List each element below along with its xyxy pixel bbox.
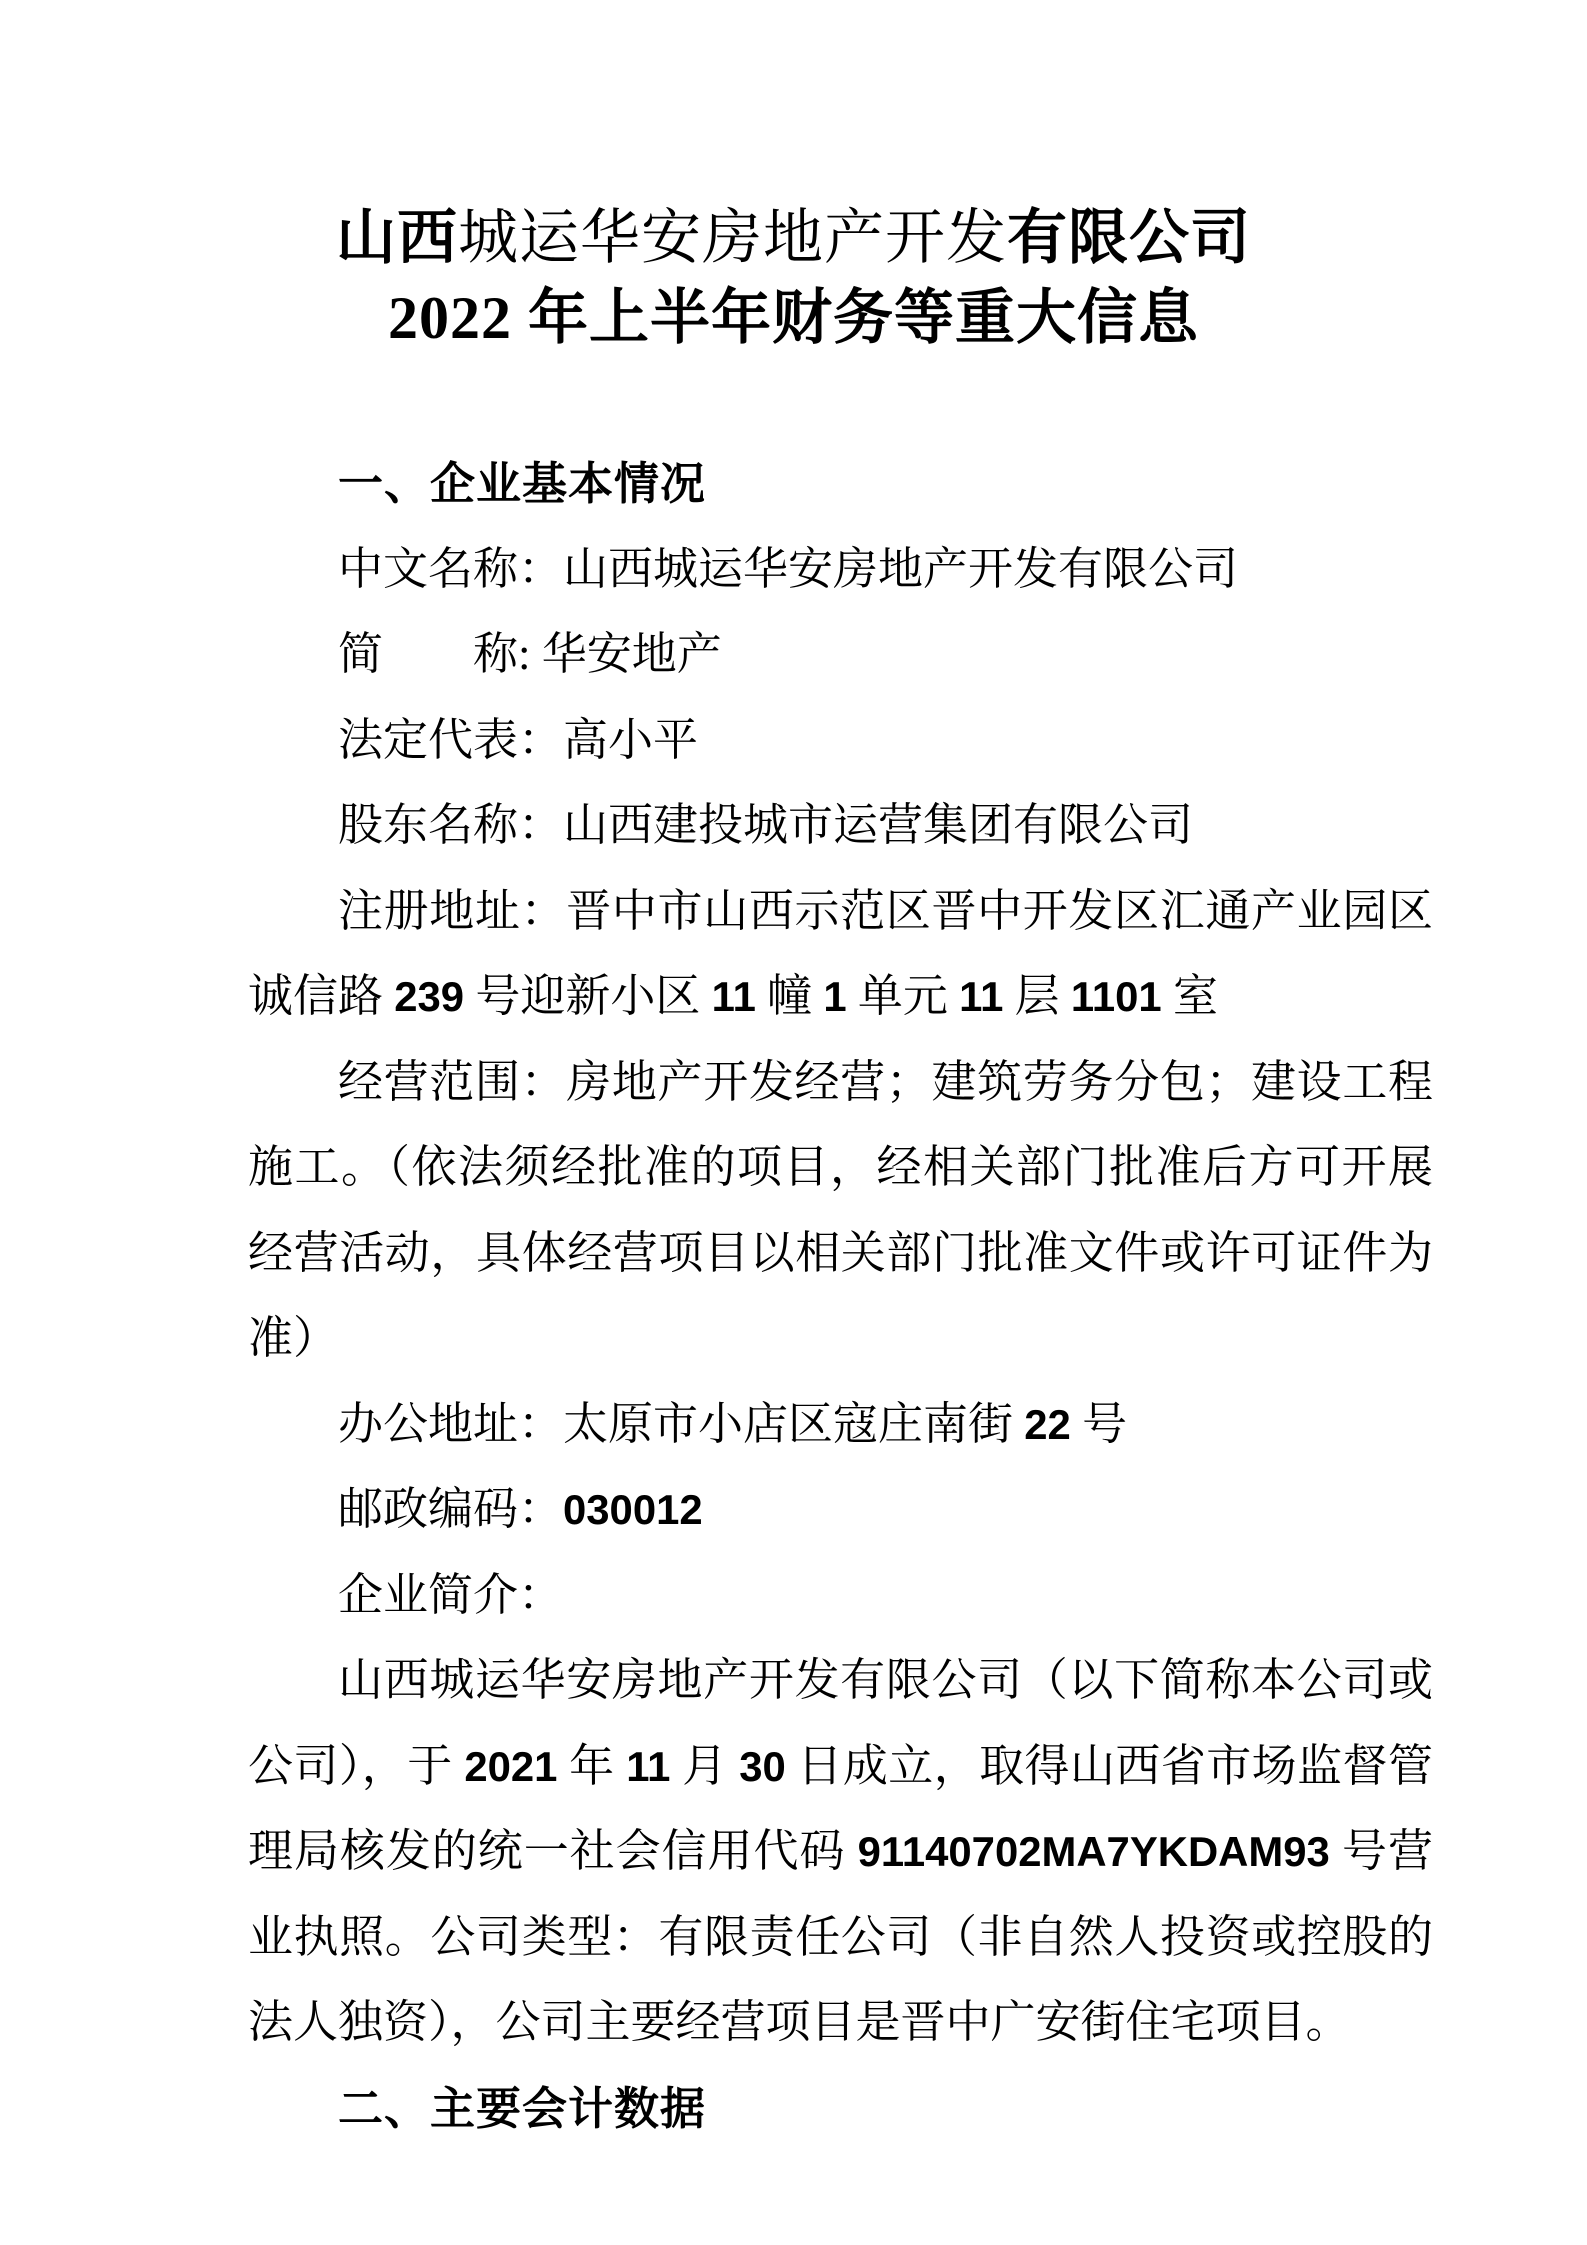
title-line2: 2022 年上半年财务等重大信息 (0, 278, 1587, 358)
section2-heading: 二、主要会计数据 (248, 2066, 1433, 2152)
field-short-name: 简 称: 华安地产 (248, 612, 1433, 698)
document-title: 山西城运华安房地产开发有限公司 2022 年上半年财务等重大信息 (0, 198, 1587, 358)
intro-label: 企业简介： (248, 1553, 1433, 1639)
title-line1-part2: 城运华安房地产开发 (458, 205, 1007, 271)
document-body: 一、企业基本情况 中文名称：山西城运华安房地产开发有限公司 简 称: 华安地产 … (248, 441, 1433, 2151)
section1-heading: 一、企业基本情况 (248, 441, 1433, 527)
document-page: { "title": { "line1": { "part1": "山西", "… (0, 0, 1587, 2245)
title-line1: 山西城运华安房地产开发有限公司 (0, 198, 1587, 278)
title-line1-part3: 有限公司 (1007, 205, 1251, 271)
field-chinese-name: 中文名称：山西城运华安房地产开发有限公司 (248, 527, 1433, 613)
field-registered-address: 注册地址：晋中市山西示范区晋中开发区汇通产业园区诚信路 239 号迎新小区 11… (248, 869, 1433, 1040)
field-postal-code: 邮政编码：030012 (248, 1467, 1433, 1553)
company-intro: 山西城运华安房地产开发有限公司（以下简称本公司或公司），于 2021 年 11 … (248, 1638, 1433, 2066)
field-office-address: 办公地址：太原市小店区寇庄南街 22 号 (248, 1382, 1433, 1468)
field-legal-representative: 法定代表：高小平 (248, 698, 1433, 784)
field-shareholder: 股东名称：山西建投城市运营集团有限公司 (248, 783, 1433, 869)
field-business-scope: 经营范围：房地产开发经营；建筑劳务分包；建设工程施工。（依法须经批准的项目，经相… (248, 1040, 1433, 1382)
title-line1-part1: 山西 (336, 205, 458, 271)
